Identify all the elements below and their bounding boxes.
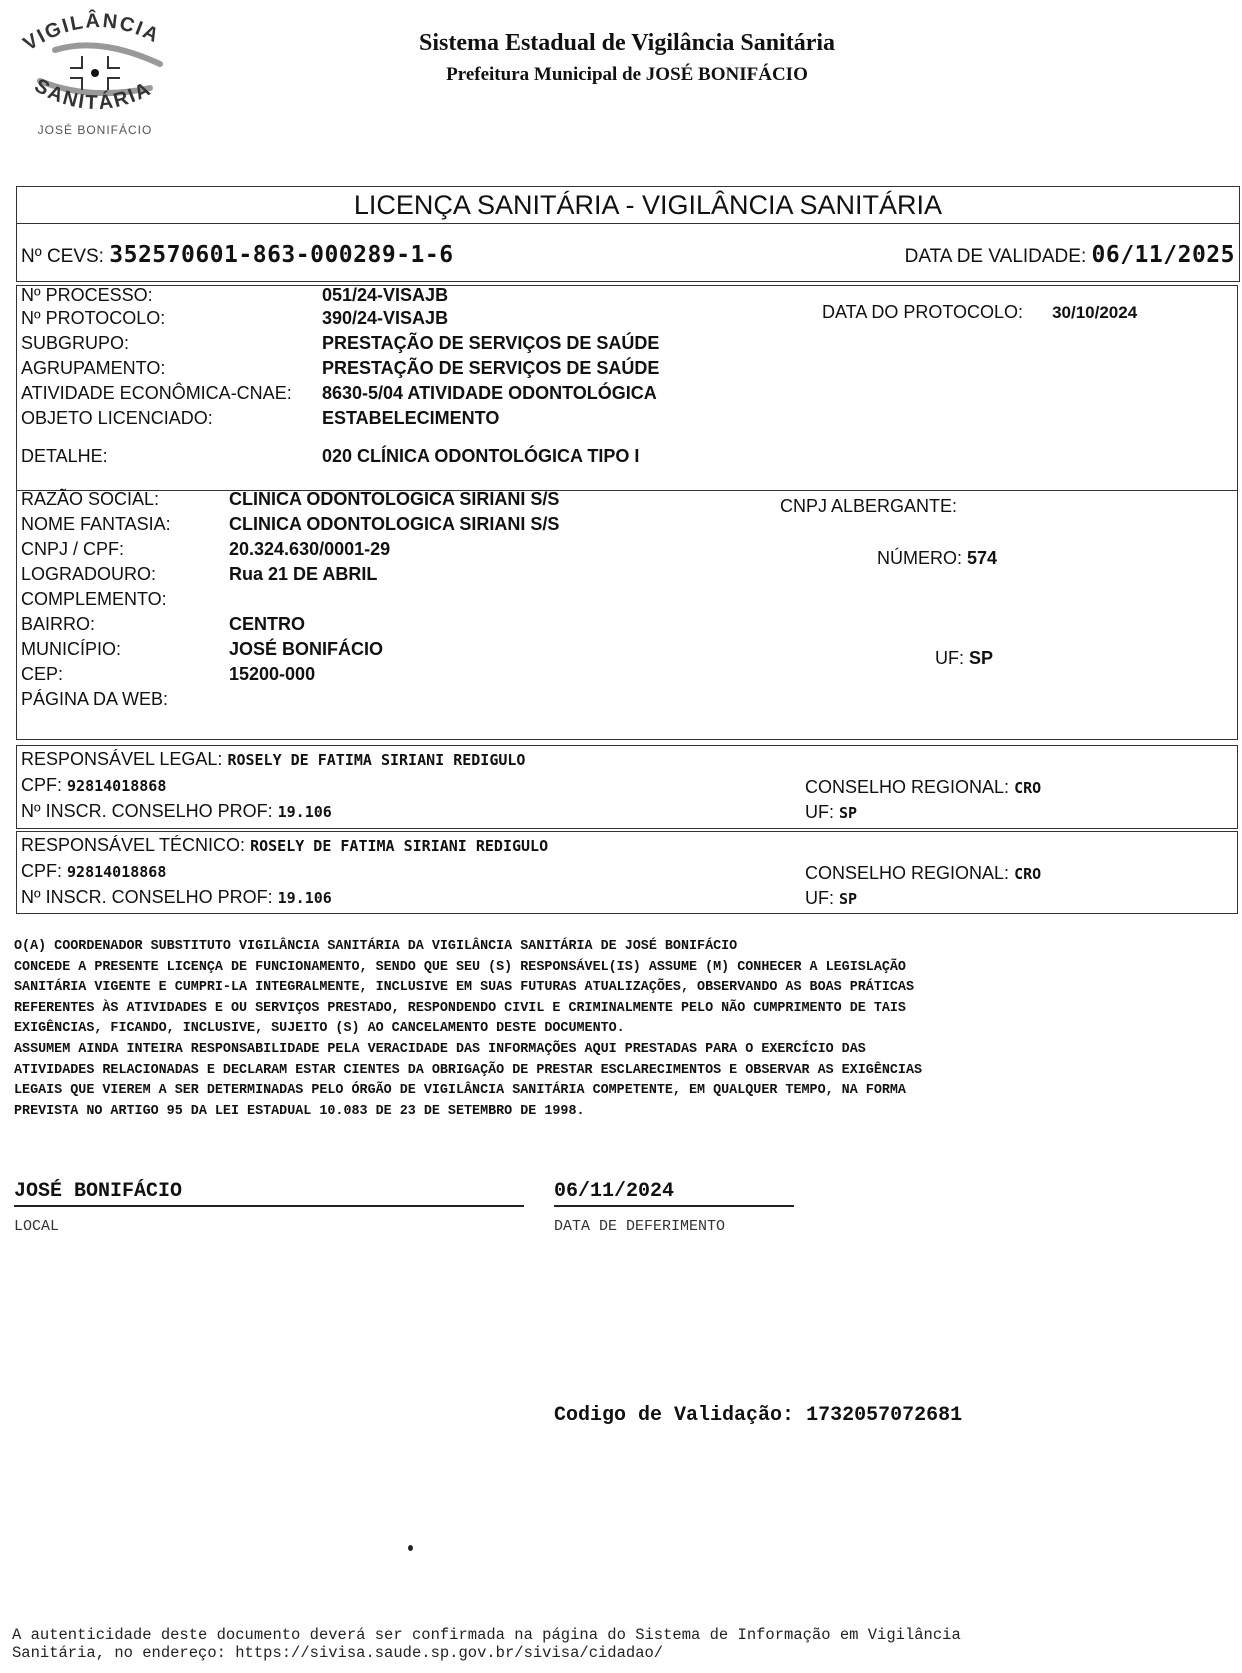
field-label: LOGRADOURO: (21, 564, 156, 585)
validation-code-value: 1732057072681 (806, 1404, 962, 1427)
process-box: DATA DO PROTOCOLO: 30/10/2024 Nº PROCESS… (16, 285, 1238, 491)
validade-field: DATA DE VALIDADE: 06/11/2025 (905, 242, 1235, 268)
conselho-label: CONSELHO REGIONAL: (805, 863, 1009, 883)
validade-value: 06/11/2025 (1092, 242, 1235, 268)
field-value: 20.324.630/0001-29 (229, 539, 390, 560)
cevs-field: Nº CEVS: 352570601-863-000289-1-6 (21, 242, 454, 268)
legal-declaration-text: O(A) COORDENADOR SUBSTITUTO VIGILÂNCIA S… (14, 937, 1234, 1122)
field-value: CENTRO (229, 614, 305, 635)
field-label: DETALHE: (21, 446, 108, 467)
field-label: PÁGINA DA WEB: (21, 689, 168, 710)
validation-code: Codigo de Validação: 1732057072681 (554, 1404, 962, 1427)
responsavel-legal-name: ROSELY DE FATIMA SIRIANI REDIGULO (227, 751, 525, 769)
field-label: BAIRRO: (21, 614, 95, 635)
field-value: PRESTAÇÃO DE SERVIÇOS DE SAÚDE (322, 358, 659, 379)
uf-label: UF: (805, 802, 834, 822)
local-value: JOSÉ BONIFÁCIO (14, 1180, 524, 1207)
responsavel-tecnico-field: RESPONSÁVEL TÉCNICO: ROSELY DE FATIMA SI… (21, 835, 548, 856)
field-value: Rua 21 DE ABRIL (229, 564, 377, 585)
uf-value: SP (839, 804, 857, 822)
conselho-value: CRO (1014, 865, 1041, 883)
field-value: ESTABELECIMENTO (322, 408, 499, 429)
field-value: PRESTAÇÃO DE SERVIÇOS DE SAÚDE (322, 333, 659, 354)
deferimento-date-label: DATA DE DEFERIMENTO (554, 1218, 725, 1235)
scan-speck (408, 1545, 413, 1551)
numero-value: 574 (967, 548, 997, 568)
field-label: RAZÃO SOCIAL: (21, 489, 159, 510)
field-label: MUNICÍPIO: (21, 639, 121, 660)
validade-label: DATA DE VALIDADE: (905, 246, 1087, 267)
cpf-label: CPF: (21, 775, 62, 795)
field-label: NOME FANTASIA: (21, 514, 171, 535)
field-value: JOSÉ BONIFÁCIO (229, 639, 383, 660)
cpf-value: 92814018868 (67, 777, 166, 795)
cnpj-albergante-label: CNPJ ALBERGANTE: (780, 496, 957, 516)
field-value: 8630-5/04 ATIVIDADE ODONTOLÓGICA (322, 383, 657, 404)
field-label: OBJETO LICENCIADO: (21, 408, 213, 429)
field-value: 020 CLÍNICA ODONTOLÓGICA TIPO I (322, 446, 639, 467)
responsavel-legal-cpf-field: CPF: 92814018868 (21, 775, 166, 796)
field-label: SUBGRUPO: (21, 333, 129, 354)
responsavel-legal-field: RESPONSÁVEL LEGAL: ROSELY DE FATIMA SIRI… (21, 749, 525, 770)
prefeitura-subtitle: Prefeitura Municipal de JOSÉ BONIFÁCIO (0, 64, 1242, 86)
cpf-label: CPF: (21, 861, 62, 881)
protocolo-date-field: DATA DO PROTOCOLO: 30/10/2024 (822, 302, 1137, 323)
conselho-value: CRO (1014, 779, 1041, 797)
field-label: COMPLEMENTO: (21, 589, 167, 610)
uf-label: UF: (935, 648, 964, 668)
svg-text:JOSÉ BONIFÁCIO: JOSÉ BONIFÁCIO (38, 122, 153, 137)
field-label: Nº PROTOCOLO: (21, 308, 165, 329)
responsavel-legal-label: RESPONSÁVEL LEGAL: (21, 749, 222, 769)
field-value: 390/24-VISAJB (322, 308, 448, 329)
protocolo-date-label: DATA DO PROTOCOLO: (822, 302, 1023, 322)
field-label: CNPJ / CPF: (21, 539, 124, 560)
deferimento-date-value: 06/11/2024 (554, 1180, 794, 1207)
local-label: LOCAL (14, 1218, 59, 1235)
conselho-regional-field: CONSELHO REGIONAL: CRO (805, 863, 1041, 884)
field-label: ATIVIDADE ECONÔMICA-CNAE: (21, 383, 292, 404)
responsavel-tecnico-cpf-field: CPF: 92814018868 (21, 861, 166, 882)
validation-code-label: Codigo de Validação: (554, 1404, 794, 1427)
field-label: CEP: (21, 664, 63, 685)
responsavel-legal-box: RESPONSÁVEL LEGAL: ROSELY DE FATIMA SIRI… (16, 745, 1238, 829)
uf-label: UF: (805, 888, 834, 908)
responsavel-legal-inscr-field: Nº INSCR. CONSELHO PROF: 19.106 (21, 801, 332, 822)
inscr-label: Nº INSCR. CONSELHO PROF: (21, 801, 273, 821)
field-value: 051/24-VISAJB (322, 285, 448, 306)
conselho-regional-field: CONSELHO REGIONAL: CRO (805, 777, 1041, 798)
cevs-box: Nº CEVS: 352570601-863-000289-1-6 DATA D… (16, 223, 1240, 282)
inscr-value: 19.106 (278, 803, 332, 821)
inscr-value: 19.106 (278, 889, 332, 907)
uf-value: SP (969, 648, 993, 668)
cevs-label: Nº CEVS: (21, 246, 104, 267)
authenticity-footer: A autenticidade deste documento deverá s… (12, 1626, 961, 1662)
numero-label: NÚMERO: (877, 548, 962, 568)
uf-field: UF: SP (935, 648, 993, 669)
license-title-box: LICENÇA SANITÁRIA - VIGILÂNCIA SANITÁRIA (16, 186, 1240, 224)
field-label: Nº PROCESSO: (21, 285, 153, 306)
inscr-label: Nº INSCR. CONSELHO PROF: (21, 887, 273, 907)
system-title: Sistema Estadual de Vigilância Sanitária (0, 30, 1242, 57)
cnpj-albergante-field: CNPJ ALBERGANTE: (780, 496, 957, 517)
field-value: CLINICA ODONTOLOGICA SIRIANI S/S (229, 489, 559, 510)
uf-value: SP (839, 890, 857, 908)
uf-field: UF: SP (805, 888, 857, 909)
responsavel-tecnico-box: RESPONSÁVEL TÉCNICO: ROSELY DE FATIMA SI… (16, 831, 1238, 914)
protocolo-date-value: 30/10/2024 (1052, 303, 1137, 322)
responsavel-tecnico-inscr-field: Nº INSCR. CONSELHO PROF: 19.106 (21, 887, 332, 908)
uf-field: UF: SP (805, 802, 857, 823)
field-value: 15200-000 (229, 664, 315, 685)
cevs-value: 352570601-863-000289-1-6 (109, 242, 453, 268)
conselho-label: CONSELHO REGIONAL: (805, 777, 1009, 797)
numero-field: NÚMERO: 574 (877, 548, 997, 569)
license-title: LICENÇA SANITÁRIA - VIGILÂNCIA SANITÁRIA (17, 190, 1239, 221)
field-label: AGRUPAMENTO: (21, 358, 165, 379)
company-box: CNPJ ALBERGANTE: NÚMERO: 574 UF: SP RAZÃ… (16, 490, 1238, 740)
field-value: CLINICA ODONTOLOGICA SIRIANI S/S (229, 514, 559, 535)
responsavel-tecnico-name: ROSELY DE FATIMA SIRIANI REDIGULO (250, 837, 548, 855)
cpf-value: 92814018868 (67, 863, 166, 881)
responsavel-tecnico-label: RESPONSÁVEL TÉCNICO: (21, 835, 245, 855)
